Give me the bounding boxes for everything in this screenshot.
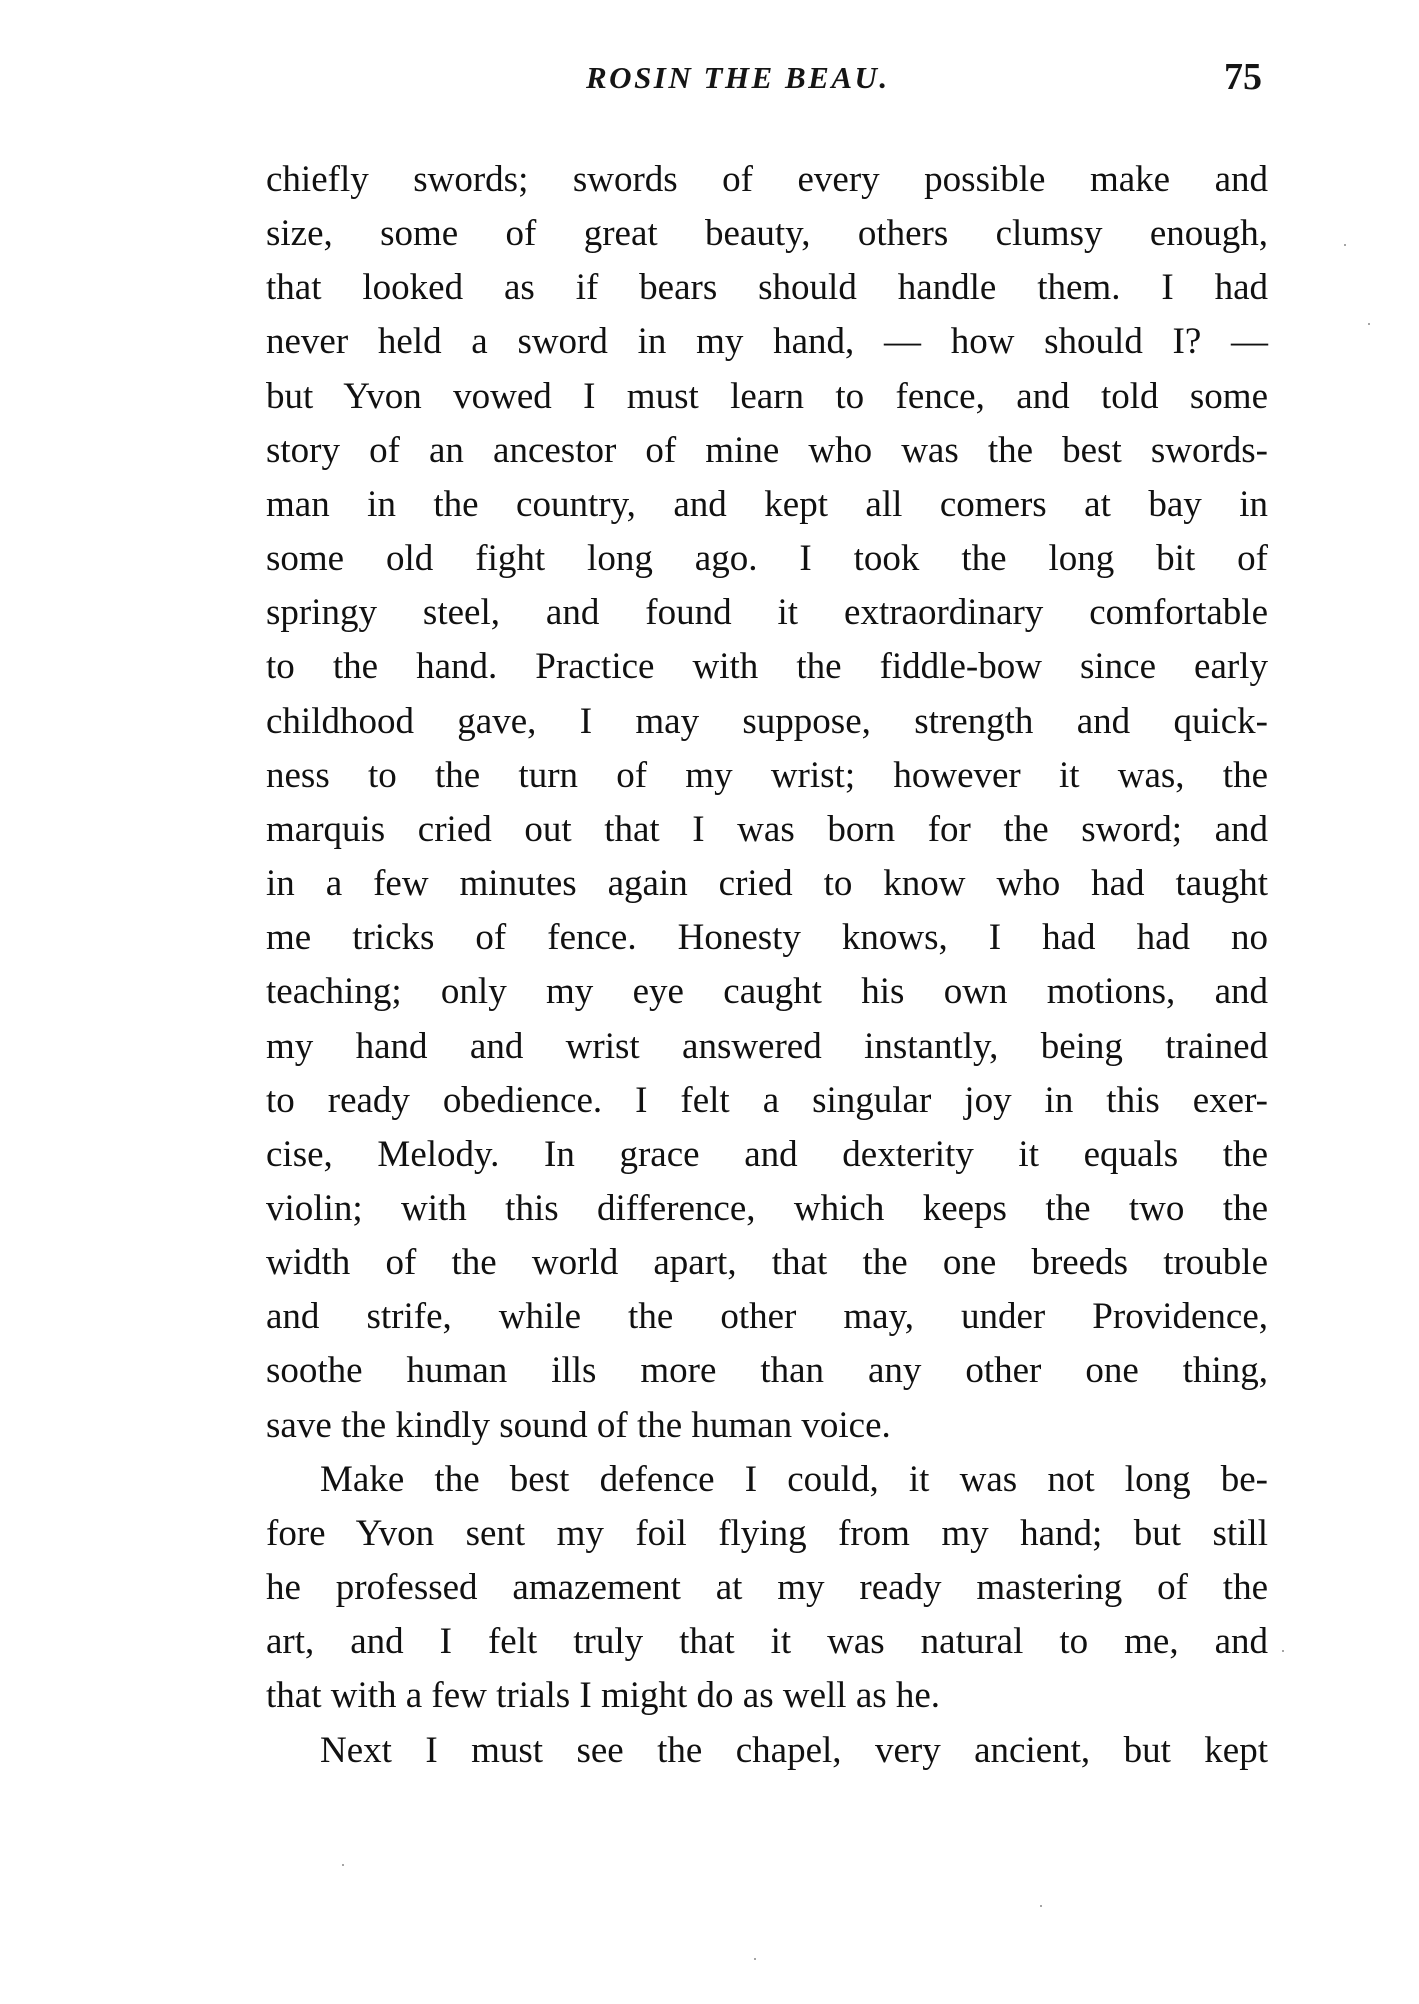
text-line: Next I must see the chapel, very ancient…: [266, 1724, 1268, 1778]
book-page: ROSIN THE BEAU. 75 chiefly swords; sword…: [0, 0, 1419, 2004]
text-line: to ready obedience. I felt a singular jo…: [266, 1074, 1268, 1128]
text-line: some old fight long ago. I took the long…: [266, 532, 1268, 586]
text-line: width of the world apart, that the one b…: [266, 1236, 1268, 1290]
text-line: springy steel, and found it extraordinar…: [266, 586, 1268, 640]
paragraph: chiefly swords; swords of every possible…: [266, 153, 1268, 1453]
text-line: story of an ancestor of mine who was the…: [266, 424, 1268, 478]
scan-speck: [1282, 1650, 1284, 1652]
text-line: in a few minutes again cried to know who…: [266, 857, 1268, 911]
text-line: fore Yvon sent my foil flying from my ha…: [266, 1507, 1268, 1561]
text-line: me tricks of fence. Honesty knows, I had…: [266, 911, 1268, 965]
text-line: to the hand. Practice with the fiddle-bo…: [266, 640, 1268, 694]
text-line: childhood gave, I may suppose, strength …: [266, 695, 1268, 749]
text-line: art, and I felt truly that it was natura…: [266, 1615, 1268, 1669]
text-line: my hand and wrist answered instantly, be…: [266, 1020, 1268, 1074]
text-line: teaching; only my eye caught his own mot…: [266, 965, 1268, 1019]
text-line: and strife, while the other may, under P…: [266, 1290, 1268, 1344]
text-line: but Yvon vowed I must learn to fence, an…: [266, 370, 1268, 424]
scan-speck: [1368, 323, 1370, 325]
text-line: he professed amazement at my ready maste…: [266, 1561, 1268, 1615]
text-line: marquis cried out that I was born for th…: [266, 803, 1268, 857]
scan-speck: [1040, 1905, 1042, 1907]
scan-speck: [1344, 244, 1346, 246]
text-line: size, some of great beauty, others clums…: [266, 207, 1268, 261]
scan-speck: [754, 1958, 756, 1960]
paragraph: Make the best defence I could, it was no…: [266, 1453, 1268, 1724]
running-head: ROSIN THE BEAU.: [586, 62, 890, 93]
text-line: ness to the turn of my wrist; however it…: [266, 749, 1268, 803]
text-line: Make the best defence I could, it was no…: [266, 1453, 1268, 1507]
text-line: that with a few trials I might do as wel…: [266, 1669, 1268, 1723]
text-line: never held a sword in my hand, — how sho…: [266, 315, 1268, 369]
text-line: cise, Melody. In grace and dexterity it …: [266, 1128, 1268, 1182]
scan-speck: [342, 1864, 344, 1866]
text-line: soothe human ills more than any other on…: [266, 1344, 1268, 1398]
text-line: save the kindly sound of the human voice…: [266, 1399, 1268, 1453]
text-line: chiefly swords; swords of every possible…: [266, 153, 1268, 207]
text-line: man in the country, and kept all comers …: [266, 478, 1268, 532]
text-line: that looked as if bears should handle th…: [266, 261, 1268, 315]
page-number: 75: [1224, 58, 1262, 96]
paragraph: Next I must see the chapel, very ancient…: [266, 1724, 1268, 1778]
body-text: chiefly swords; swords of every possible…: [266, 153, 1268, 1778]
text-line: violin; with this difference, which keep…: [266, 1182, 1268, 1236]
